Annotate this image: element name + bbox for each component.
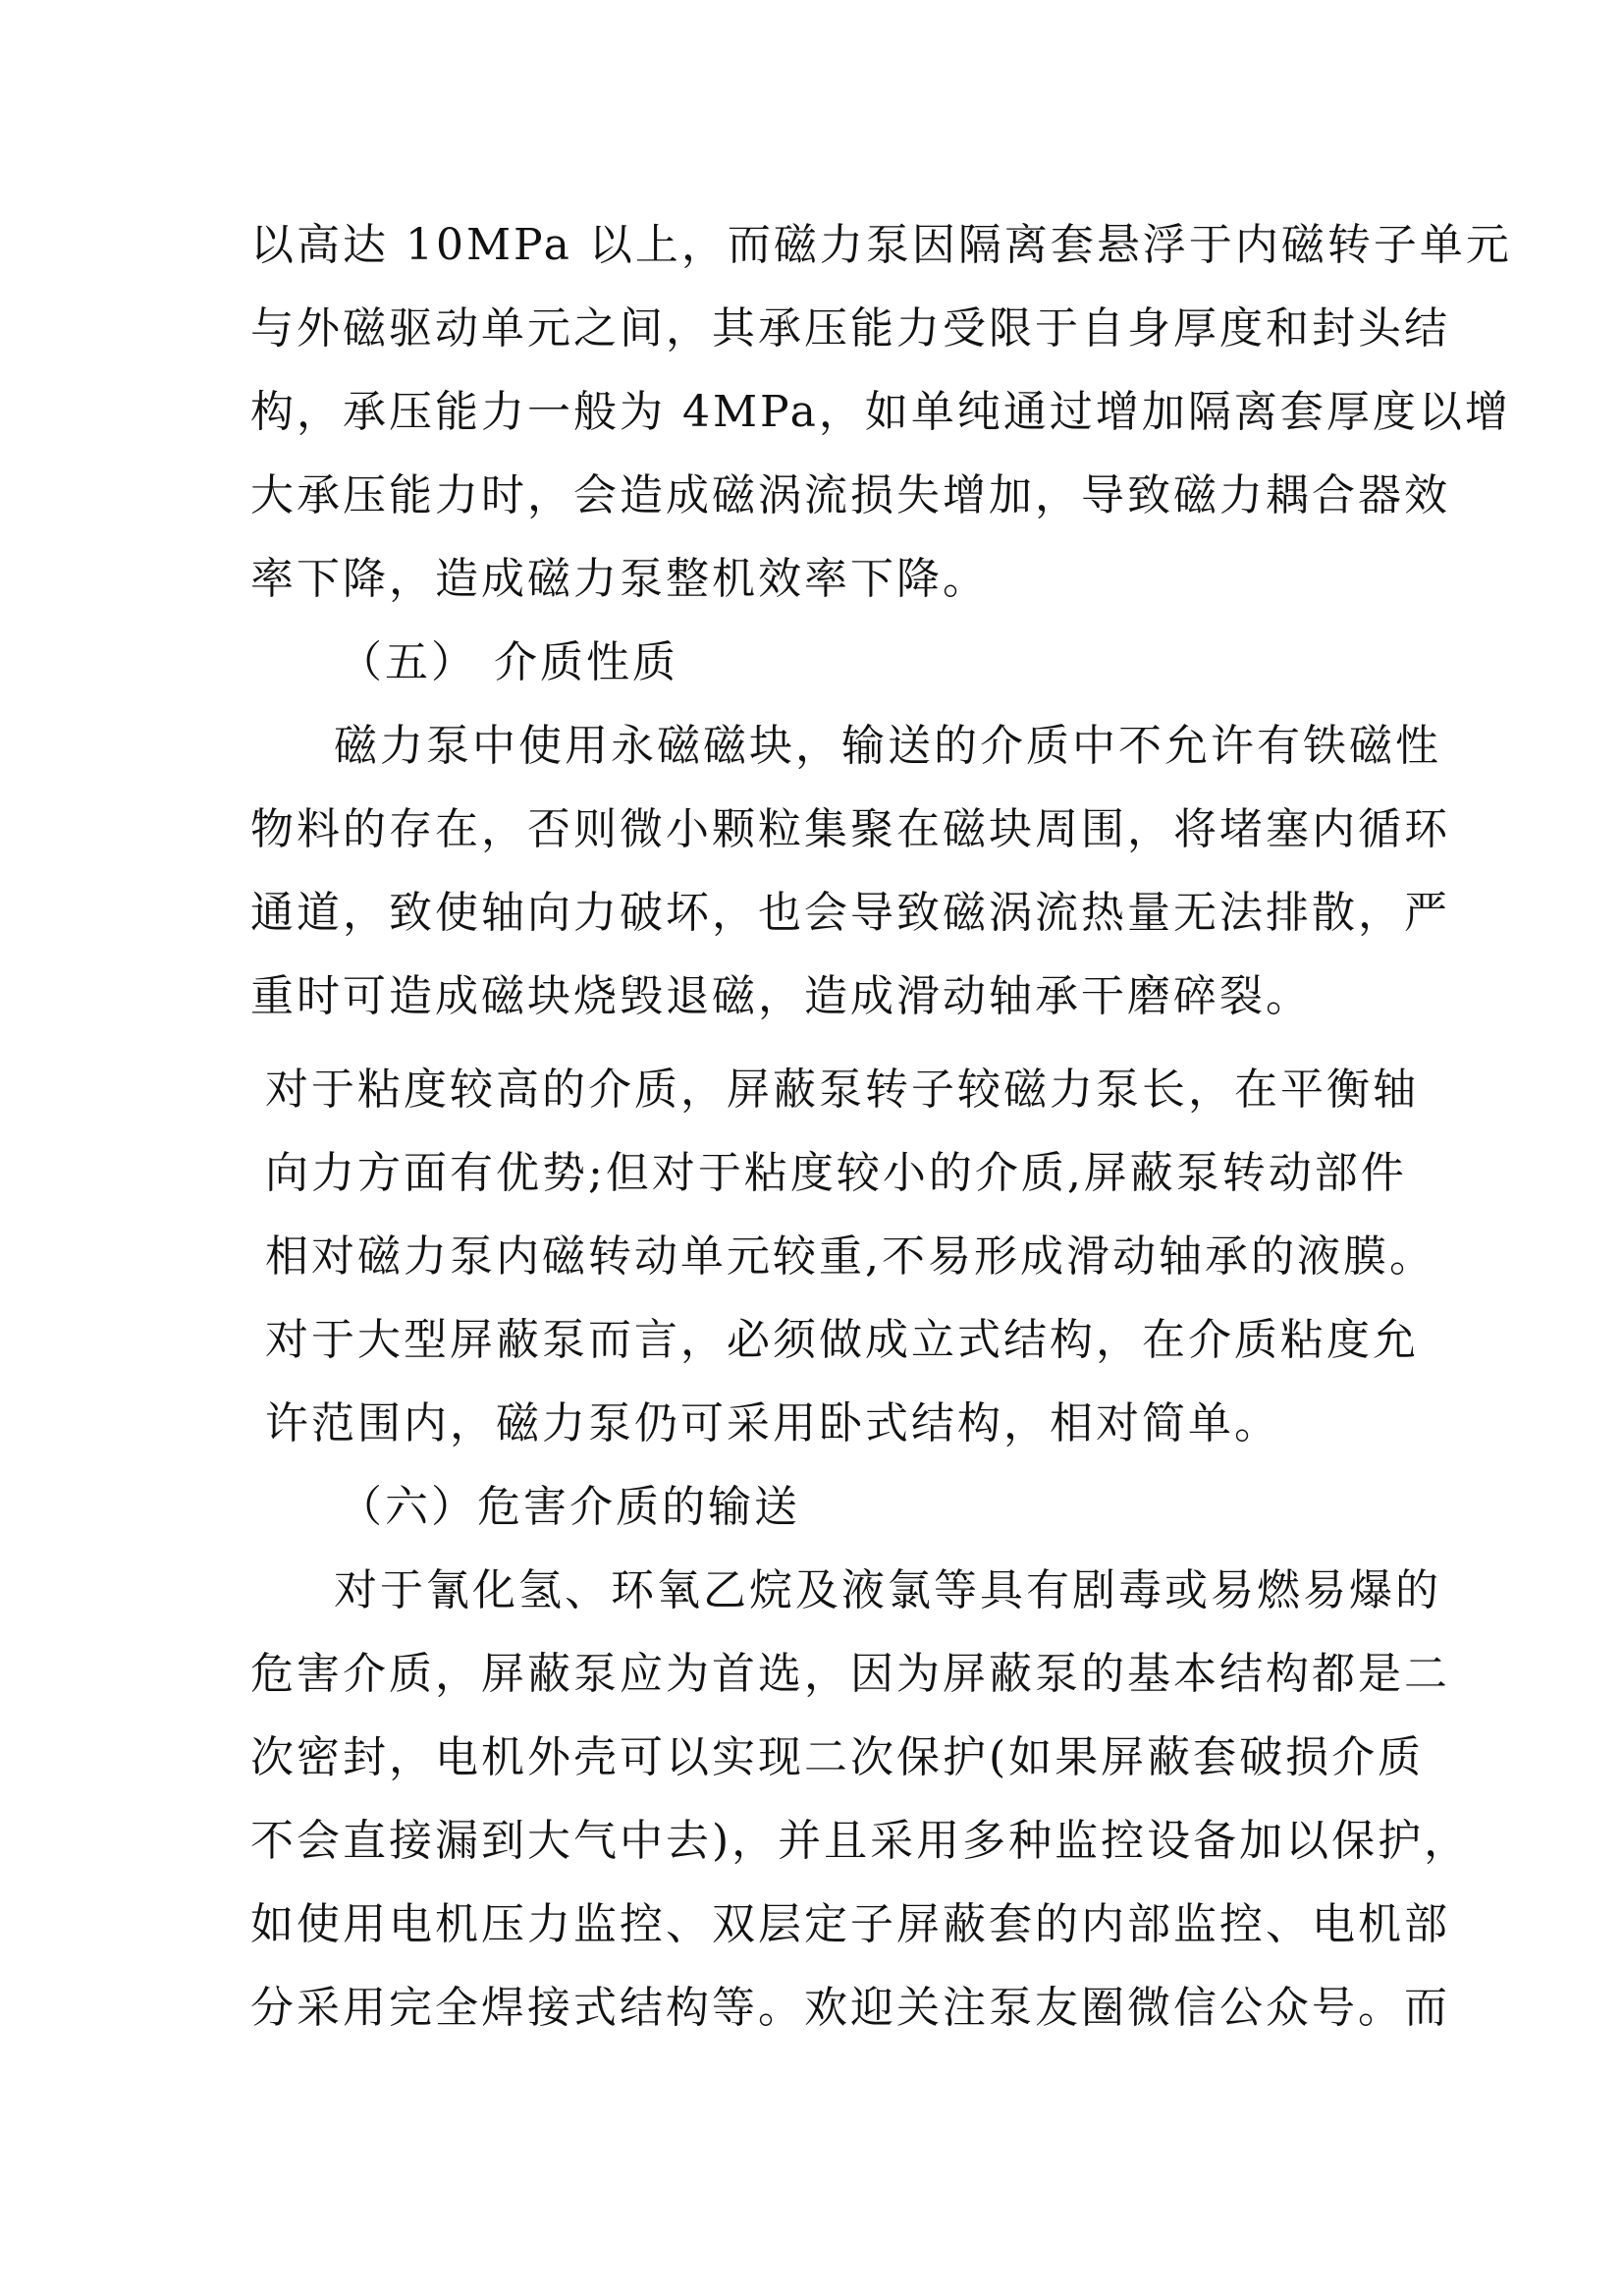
paragraph-line: 通道，致使轴向力破坏，也会导致磁涡流热量无法排散，严 — [250, 884, 1389, 943]
paragraph-line: 率下降，造成磁力泵整机效率下降。 — [250, 550, 1389, 609]
paragraph-line: 对于大型屏蔽泵而言，必须做成立式结构，在介质粘度允 — [265, 1311, 1404, 1370]
paragraph-line: 重时可造成磁块烧毁退磁，造成滑动轴承干磨碎裂。 — [250, 967, 1389, 1026]
paragraph-line: 对于氰化氢、环氧乙烷及液氯等具有剧毒或易燃易爆的 — [334, 1561, 1473, 1620]
paragraph-line: 物料的存在，否则微小颗粒集聚在磁块周围，将堵塞内循环 — [250, 800, 1389, 859]
paragraph-line: 相对磁力泵内磁转动单元较重,不易形成滑动轴承的液膜。 — [265, 1228, 1404, 1286]
paragraph-line: 不会直接漏到大气中去)，并且采用多种监控设备加以保护， — [250, 1812, 1389, 1871]
paragraph-line: 次密封，电机外壳可以实现二次保护(如果屏蔽套破损介质 — [250, 1728, 1389, 1787]
paragraph-line: 与外磁驱动单元之间，其承压能力受限于自身厚度和封头结 — [250, 300, 1389, 358]
paragraph-line: 以高达 10MPa 以上，而磁力泵因隔离套悬浮于内磁转子单元 — [250, 216, 1389, 275]
paragraph-line: 危害介质，屏蔽泵应为首选，因为屏蔽泵的基本结构都是二 — [250, 1645, 1389, 1704]
document-page: 以高达 10MPa 以上，而磁力泵因隔离套悬浮于内磁转子单元 与外磁驱动单元之间… — [0, 0, 1623, 2296]
paragraph-line: 向力方面有优势;但对于粘度较小的介质,屏蔽泵转动部件 — [265, 1144, 1404, 1203]
section-heading-5: （五） 介质性质 — [339, 633, 1478, 692]
section-heading-6: （六）危害介质的输送 — [339, 1478, 1478, 1537]
paragraph-line: 构，承压能力一般为 4MPa，如单纯通过增加隔离套厚度以增 — [250, 383, 1389, 442]
paragraph-line: 如使用电机压力监控、双层定子屏蔽套的内部监控、电机部 — [250, 1895, 1389, 1954]
paragraph-line: 对于粘度较高的介质，屏蔽泵转子较磁力泵长，在平衡轴 — [265, 1061, 1404, 1120]
paragraph-line: 大承压能力时，会造成磁涡流损失增加，导致磁力耦合器效 — [250, 466, 1389, 525]
paragraph-line: 磁力泵中使用永磁磁块，输送的介质中不允许有铁磁性 — [334, 717, 1473, 776]
paragraph-line: 许范围内，磁力泵仍可采用卧式结构，相对简单。 — [265, 1394, 1404, 1453]
paragraph-line: 分采用完全焊接式结构等。欢迎关注泵友圈微信公众号。而 — [250, 1979, 1389, 2038]
